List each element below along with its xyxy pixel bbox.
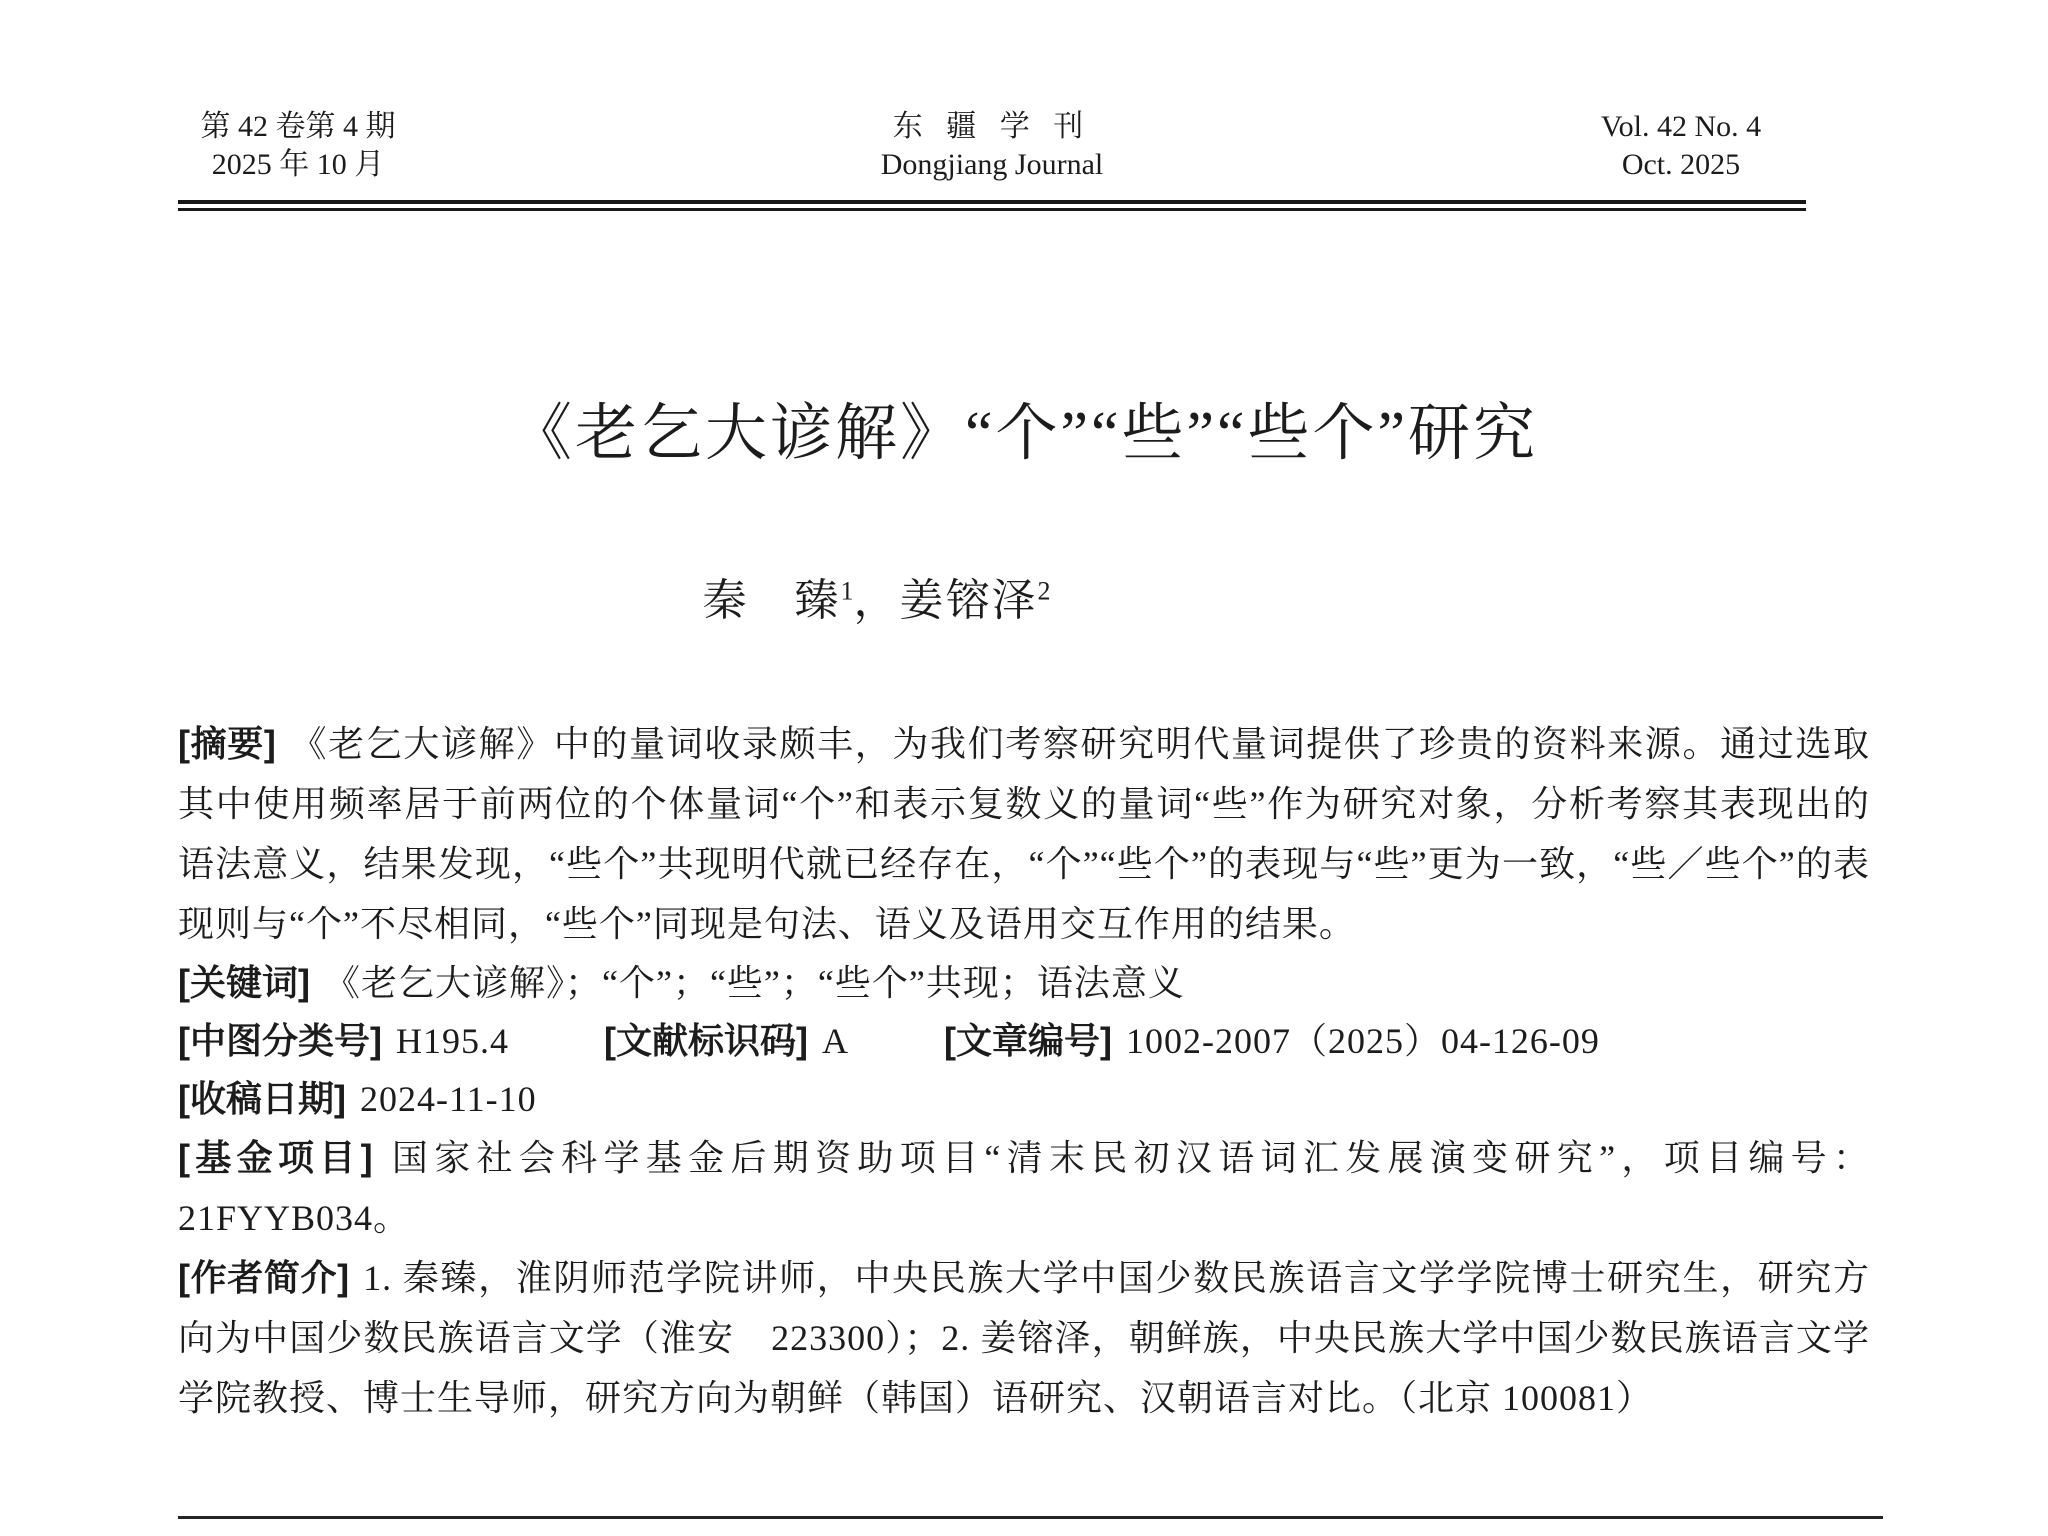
author-bio-paragraph: [作者简介]1. 秦臻，淮阴师范学院讲师，中央民族大学中国少数民族语言文学学院博… — [178, 1248, 1870, 1428]
header-issue-cn: 第 42 卷第 4 期 2025 年 10 月 — [178, 108, 418, 184]
author-1-superscript: 1 — [841, 576, 854, 605]
issue-date-cn: 2025 年 10 月 — [178, 146, 418, 184]
author-bio-text: 1. 秦臻，淮阴师范学院讲师，中央民族大学中国少数民族语言文学学院博士研究生，研… — [178, 1258, 1870, 1418]
footnote-rule — [178, 1516, 1883, 1519]
journal-header: 第 42 卷第 4 期 2025 年 10 月 东 疆 学 刊 Dongjian… — [178, 108, 1806, 184]
fund-text: 国家社会科学基金后期资助项目“清末民初汉语词汇发展演变研究”，项目编号：21FY… — [178, 1138, 1870, 1238]
abstract-paragraph: [摘要]《老乞大谚解》中的量词收录颇丰，为我们考察研究明代量词提供了珍贵的资料来… — [178, 714, 1870, 954]
author-2-name: 姜镕泽 — [900, 576, 1038, 625]
article-no-value: 1002-2007（2025）04-126-09 — [1126, 1021, 1600, 1061]
journal-page: 第 42 卷第 4 期 2025 年 10 月 东 疆 学 刊 Dongjian… — [0, 0, 2048, 1536]
doc-code-label: [文献标识码] — [604, 1020, 808, 1061]
issue-volume-en: Vol. 42 No. 4 — [1566, 108, 1796, 146]
header-double-rule — [178, 200, 1806, 211]
author-1-name: 秦 臻 — [703, 576, 841, 625]
classification-line: [中图分类号]H195.4[文献标识码]A[文章编号]1002-2007（202… — [178, 1012, 1870, 1070]
received-date-value: 2024-11-10 — [360, 1079, 537, 1119]
keywords-label: [关键词] — [178, 962, 310, 1003]
journal-name-cn: 东 疆 学 刊 — [881, 108, 1103, 146]
abstract-text: 《老乞大谚解》中的量词收录颇丰，为我们考察研究明代量词提供了珍贵的资料来源。通过… — [178, 724, 1870, 944]
keywords-text: 《老乞大谚解》；“个”；“些”；“些个”共现；语法意义 — [324, 963, 1185, 1003]
page-content: 第 42 卷第 4 期 2025 年 10 月 东 疆 学 刊 Dongjian… — [0, 108, 2048, 1428]
article-meta: [摘要]《老乞大谚解》中的量词收录颇丰，为我们考察研究明代量词提供了珍贵的资料来… — [178, 714, 1870, 1428]
issue-date-en: Oct. 2025 — [1566, 146, 1796, 184]
doc-code-pair: [文献标识码]A — [604, 1021, 849, 1061]
author-2-superscript: 2 — [1038, 576, 1051, 605]
doc-code-value: A — [822, 1021, 849, 1061]
authors-line: 秦 臻1，姜镕泽2 — [178, 564, 1870, 628]
journal-name-en: Dongjiang Journal — [881, 146, 1103, 184]
authors-separator: ， — [854, 576, 900, 625]
author-bio-label: [作者简介] — [178, 1257, 349, 1298]
header-issue-en: Vol. 42 No. 4 Oct. 2025 — [1566, 108, 1796, 184]
fund-label: [基金项目] — [178, 1137, 373, 1178]
article-no-label: [文章编号] — [944, 1020, 1112, 1061]
keywords-line: [关键词]《老乞大谚解》；“个”；“些”；“些个”共现；语法意义 — [178, 954, 1870, 1012]
article-title: 《老乞大谚解》“个”“些”“些个”研究 — [178, 383, 1870, 472]
issue-volume-cn: 第 42 卷第 4 期 — [178, 108, 418, 146]
article-no-pair: [文章编号]1002-2007（2025）04-126-09 — [944, 1021, 1600, 1061]
fund-paragraph: [基金项目]国家社会科学基金后期资助项目“清末民初汉语词汇发展演变研究”，项目编… — [178, 1128, 1870, 1248]
abstract-label: [摘要] — [178, 723, 276, 764]
clc-label: [中图分类号] — [178, 1020, 382, 1061]
received-date-line: [收稿日期]2024-11-10 — [178, 1070, 1870, 1128]
received-date-label: [收稿日期] — [178, 1078, 346, 1119]
clc-value: H195.4 — [396, 1021, 509, 1061]
clc-pair: [中图分类号]H195.4 — [178, 1021, 509, 1061]
header-journal-name: 东 疆 学 刊 Dongjiang Journal — [881, 108, 1103, 184]
